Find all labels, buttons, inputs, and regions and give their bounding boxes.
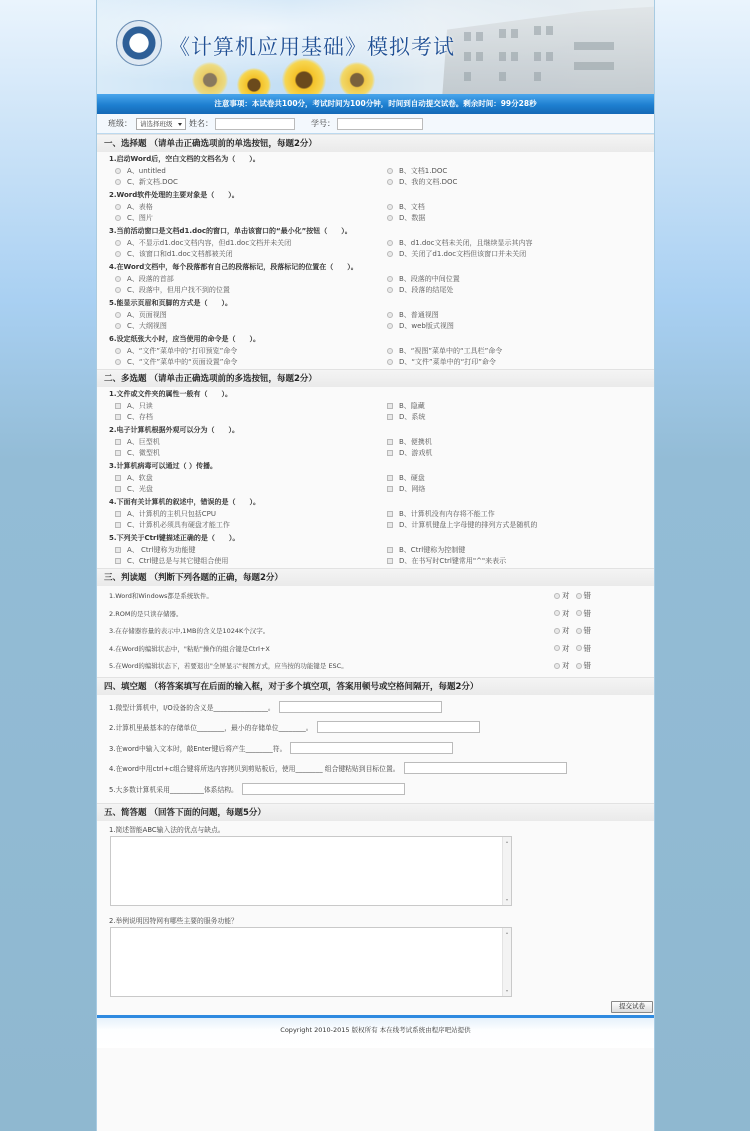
true-label: 对 [562,608,570,619]
student-id-input[interactable] [337,118,423,130]
option-a[interactable]: A、“文件”菜单中的“打印预览”命令 [115,345,387,357]
option-label: C、图片 [127,213,153,223]
radio-button[interactable] [115,251,121,257]
checkbox[interactable] [115,486,121,492]
checkbox[interactable] [387,486,393,492]
true-false-options: 对 错 [554,590,654,601]
true-radio[interactable] [554,628,560,634]
fill-answer-input[interactable] [279,701,442,713]
option-label: D、计算机键盘上字母键的排列方式是随机的 [399,520,537,530]
option-label: C、新文档.DOC [127,177,178,187]
option-label: B、“视图”菜单中的“工具栏”命令 [399,346,502,356]
radio-button[interactable] [387,348,393,354]
option-c[interactable]: C、该窗口和d1.doc文档都被关闭 [115,249,387,261]
option-label: A、段落的首部 [127,274,174,284]
option-label: A、untitled [127,166,166,176]
radio-button[interactable] [115,312,121,318]
scroll-up-icon [506,932,508,934]
fill-blank-row: 1.微型计算机中，I/O设备的含义是________________。 [97,697,654,718]
checkbox[interactable] [387,439,393,445]
true-false-row: 2.ROM的是只读存储器。 对 错 [97,605,654,623]
radio-button[interactable] [115,215,121,221]
checkbox[interactable] [115,439,121,445]
checkbox[interactable] [115,547,121,553]
option-label: D、游戏机 [399,448,432,458]
option-d[interactable]: D、我的文档.DOC [387,177,647,189]
option-c[interactable]: C、新文档.DOC [115,177,387,189]
radio-button[interactable] [115,348,121,354]
fill-blank-list: 1.微型计算机中，I/O设备的含义是________________。 2.计算… [97,695,654,800]
false-label: 错 [584,643,592,654]
option-grid: A、巨型机 B、便携机 C、微型机 D、游戏机 [97,436,654,459]
option-a[interactable]: A、不显示d1.doc文档内容，但d1.doc文档并未关闭 [115,237,387,249]
true-false-row: 5.在Word的编辑状态下，若要退出"全屏显示"视图方式，应当按的功能键是 ES… [97,657,654,675]
submit-row: 提交试卷 [97,997,654,1015]
name-label: 姓名： [189,118,213,129]
radio-button[interactable] [115,287,121,293]
statement-text: 4.在Word的编辑状态中，"粘贴"操作的组合键是Ctrl+X [109,644,554,653]
fill-blank-row: 4.在word中用ctrl+c组合键将所选内容拷贝到剪贴板后，使用_______… [97,758,654,779]
option-label: C、光盘 [127,484,153,494]
radio-button[interactable] [387,240,393,246]
footer: Copyright 2010-2015 版权所有 本在线考试系统由程序吧站提供 [97,1018,654,1048]
true-radio[interactable] [554,593,560,599]
checkbox[interactable] [387,475,393,481]
scrollbar[interactable] [502,837,511,905]
chevron-down-icon [178,123,182,126]
true-radio[interactable] [554,610,560,616]
option-a[interactable]: A、软盘 [115,472,387,484]
false-label: 错 [584,608,592,619]
checkbox[interactable] [115,475,121,481]
fill-question-text: 3.在word中输入文本时，敲Enter键后将产生________符。 [109,743,286,753]
option-label: D、系统 [399,412,425,422]
true-false-options: 对 错 [554,608,654,619]
option-label: B、d1.doc文档未关闭，且继续显示其内容 [399,238,533,248]
essay-answer-textarea[interactable] [110,927,512,997]
option-label: A、“文件”菜单中的“打印预览”命令 [127,346,237,356]
true-false-row: 4.在Word的编辑状态中，"粘贴"操作的组合键是Ctrl+X 对 错 [97,640,654,658]
option-c[interactable]: C、大纲视图 [115,321,387,333]
option-a[interactable]: A、untitled [115,165,387,177]
false-radio[interactable] [576,628,582,634]
option-d[interactable]: D、计算机键盘上字母键的排列方式是随机的 [387,520,647,532]
fill-blank-row: 3.在word中输入文本时，敲Enter键后将产生________符。 [97,738,654,759]
option-b[interactable]: B、d1.doc文档未关闭，且继续显示其内容 [387,237,647,249]
checkbox[interactable] [387,403,393,409]
checkbox[interactable] [387,511,393,517]
checkbox[interactable] [115,522,121,528]
option-a[interactable]: A、计算机的主机只包括CPU [115,508,387,520]
option-label: D、在书写时Ctrl键常用"^"来表示 [399,556,506,566]
fill-question-text: 4.在word中用ctrl+c组合键将所选内容拷贝到剪贴板后，使用_______… [109,763,400,773]
option-b[interactable]: B、普通视图 [387,309,647,321]
option-label: D、网络 [399,484,425,494]
option-b[interactable]: B、隐藏 [387,400,647,412]
essay-list: 1.简述智能ABC输入法的优点与缺点。 2.举例说明因特网有哪些主要的服务功能？ [97,821,654,997]
option-label: A、计算机的主机只包括CPU [127,509,216,519]
checkbox[interactable] [387,547,393,553]
true-false-options: 对 错 [554,643,654,654]
option-label: D、段落的结尾处 [399,285,453,295]
false-radio[interactable] [576,663,582,669]
option-label: B、段落的中间位置 [399,274,460,284]
checkbox[interactable] [115,450,121,456]
fill-question-text: 1.微型计算机中，I/O设备的含义是________________。 [109,702,275,712]
school-emblem-icon [116,20,162,66]
option-grid: A、只读 B、隐藏 C、存档 D、系统 [97,400,654,423]
false-radio[interactable] [576,593,582,599]
option-label: B、Ctrl键称为控制键 [399,545,465,555]
radio-button[interactable] [387,251,393,257]
option-c[interactable]: C、段落中，但用户找不到的位置 [115,285,387,297]
true-false-options: 对 错 [554,660,654,671]
checkbox[interactable] [115,414,121,420]
option-label: D、“文件”菜单中的“打印”命令 [399,357,496,367]
fill-blank-row: 5.大多数计算机采用__________体系结构。 [97,779,654,800]
fill-blank-row: 2.计算机里最基本的存储单位________，最小的存储单位________。 [97,717,654,738]
radio-button[interactable] [387,179,393,185]
question-title: 6.设定纸张大小时，应当使用的命令是（ ）。 [97,332,654,345]
single-choice-list: 1.启动Word后，空白文档的文档名为（ ）。 A、untitled B、文档1… [97,152,654,369]
question-title: 1.启动Word后，空白文档的文档名为（ ）。 [97,152,654,165]
option-c[interactable]: C、微型机 [115,448,387,460]
class-select[interactable]: 请选择班级 [136,118,186,130]
false-label: 错 [584,660,592,671]
true-label: 对 [562,660,570,671]
radio-button[interactable] [387,276,393,282]
true-radio[interactable] [554,645,560,651]
sunflower-image [192,62,228,94]
option-label: B、普通视图 [399,310,439,320]
option-b[interactable]: B、Ctrl键称为控制键 [387,544,647,556]
true-label: 对 [562,590,570,601]
question-title: 2.电子计算机根据外观可以分为（ ）。 [97,423,654,436]
checkbox[interactable] [387,414,393,420]
question-title: 1.文件或文件夹的属性一般有（ ）。 [97,387,654,400]
question-title: 4.下面有关计算机的叙述中，错误的是（ ）。 [97,495,654,508]
option-a[interactable]: A、巨型机 [115,436,387,448]
name-input[interactable] [215,118,295,130]
option-d[interactable]: D、网络 [387,484,647,496]
checkbox[interactable] [387,558,393,564]
scroll-down-icon [506,899,508,901]
student-id-label: 学号： [311,118,335,129]
radio-button[interactable] [387,204,393,210]
option-grid: A、“文件”菜单中的“打印预览”命令 B、“视图”菜单中的“工具栏”命令 C、“… [97,345,654,368]
page-title: 《计算机应用基础》模拟考试 [169,31,455,61]
section-true-false-title: 三、判读题 （判断下列各题的正确，每题2分） [97,568,654,586]
question-title: 3.当前活动窗口是文档d1.doc的窗口，单击该窗口的“最小化”按钮（ ）。 [97,224,654,237]
radio-button[interactable] [387,312,393,318]
option-label: D、关闭了d1.doc文档但该窗口并未关闭 [399,249,526,259]
option-label: A、表格 [127,202,153,212]
exam-notice-bar: 注意事项：本试卷共100分，考试时间为100分钟，时间到自动提交试卷。剩余时间：… [97,94,654,114]
false-radio[interactable] [576,645,582,651]
option-d[interactable]: D、关闭了d1.doc文档但该窗口并未关闭 [387,249,647,261]
true-false-list: 1.Word和Windows都是系统软件。 对 错 2.ROM的是只读存储器。 … [97,586,654,675]
section-essay-title: 五、简答题 （回答下面的问题，每题5分） [97,803,654,821]
option-grid: A、不显示d1.doc文档内容，但d1.doc文档并未关闭 B、d1.doc文档… [97,237,654,260]
option-d[interactable]: D、在书写时Ctrl键常用"^"来表示 [387,556,647,568]
option-grid: A、 Ctrl键称为功能键 B、Ctrl键称为控制键 C、Ctrl键总是与其它键… [97,544,654,567]
option-label: D、我的文档.DOC [399,177,457,187]
question-title: 5.下列关于Ctrl键描述正确的是（ ）。 [97,531,654,544]
option-label: A、软盘 [127,473,153,483]
scroll-up-icon [506,841,508,843]
option-grid: A、页面视图 B、普通视图 C、大纲视图 D、web版式视图 [97,309,654,332]
option-label: B、隐藏 [399,401,425,411]
student-info-row: 班级： 请选择班级 姓名： 学号： [97,114,654,134]
question-title: 4.在Word文档中，每个段落都有自己的段落标记，段落标记的位置在（ ）。 [97,260,654,273]
fill-answer-input[interactable] [404,762,567,774]
option-label: A、页面视图 [127,310,167,320]
sunflower-image [339,62,375,94]
option-grid: A、段落的首部 B、段落的中间位置 C、段落中，但用户找不到的位置 D、段落的结… [97,273,654,296]
radio-button[interactable] [115,359,121,365]
option-c[interactable]: C、存档 [115,412,387,424]
option-label: A、只读 [127,401,153,411]
statement-text: 1.Word和Windows都是系统软件。 [109,591,554,600]
statement-text: 2.ROM的是只读存储器。 [109,609,554,618]
option-c[interactable]: C、计算机必须具有硬盘才能工作 [115,520,387,532]
option-a[interactable]: A、表格 [115,201,387,213]
false-label: 错 [584,625,592,636]
true-label: 对 [562,625,570,636]
essay-question-text: 1.简述智能ABC输入法的优点与缺点。 [97,823,654,836]
class-select-value: 请选择班级 [140,119,173,128]
option-d[interactable]: D、系统 [387,412,647,424]
essay-answer-textarea[interactable] [110,836,512,906]
option-label: C、该窗口和d1.doc文档都被关闭 [127,249,233,259]
option-label: C、段落中，但用户找不到的位置 [127,285,230,295]
radio-button[interactable] [115,204,121,210]
option-grid: A、untitled B、文档1.DOC C、新文档.DOC D、我的文档.DO… [97,165,654,188]
checkbox[interactable] [115,558,121,564]
fill-question-text: 2.计算机里最基本的存储单位________，最小的存储单位________。 [109,722,313,732]
option-d[interactable]: D、游戏机 [387,448,647,460]
fill-question-text: 5.大多数计算机采用__________体系结构。 [109,784,238,794]
option-label: D、数据 [399,213,425,223]
option-label: B、便携机 [399,437,432,447]
option-grid: A、软盘 B、硬盘 C、光盘 D、网络 [97,472,654,495]
fill-answer-input[interactable] [290,742,453,754]
option-label: A、巨型机 [127,437,160,447]
false-label: 错 [584,590,592,601]
sunflower-image [282,58,326,94]
option-label: B、计算机没有内存将不能工作 [399,509,495,519]
option-b[interactable]: B、计算机没有内存将不能工作 [387,508,647,520]
option-label: B、文档 [399,202,425,212]
option-a[interactable]: A、页面视图 [115,309,387,321]
radio-button[interactable] [387,287,393,293]
option-b[interactable]: B、段落的中间位置 [387,273,647,285]
option-d[interactable]: D、段落的结尾处 [387,285,647,297]
statement-text: 3.在存储器容量的表示中,1MB的含义是1024K个汉字。 [109,626,554,635]
multi-choice-list: 1.文件或文件夹的属性一般有（ ）。 A、只读 B、隐藏 C、存档 D、系统 2… [97,387,654,568]
section-fill-blank-title: 四、填空题 （将答案填写在后面的输入框，对于多个填空项，答案用顿号或空格间隔开，… [97,677,654,695]
option-label: D、web版式视图 [399,321,454,331]
radio-button[interactable] [387,215,393,221]
checkbox[interactable] [115,511,121,517]
statement-text: 5.在Word的编辑状态下，若要退出"全屏显示"视图方式，应当按的功能键是 ES… [109,661,554,670]
true-label: 对 [562,643,570,654]
option-c[interactable]: C、“文件”菜单中的“页面设置”命令 [115,357,387,369]
scrollbar[interactable] [502,928,511,996]
class-label: 班级： [108,118,132,129]
option-d[interactable]: D、web版式视图 [387,321,647,333]
submit-exam-button[interactable]: 提交试卷 [611,1001,653,1013]
exam-page: 《计算机应用基础》模拟考试 注意事项：本试卷共100分，考试时间为100分钟，时… [96,0,655,1131]
section-single-choice-title: 一、选择题 （请单击正确选项前的单选按钮，每题2分） [97,134,654,152]
option-a[interactable]: A、段落的首部 [115,273,387,285]
radio-button[interactable] [387,359,393,365]
option-label: A、 Ctrl键称为功能键 [127,545,195,555]
fill-answer-input[interactable] [317,721,480,733]
option-d[interactable]: D、数据 [387,213,647,225]
scroll-down-icon [506,990,508,992]
option-label: C、存档 [127,412,153,422]
sunflower-image [237,68,271,94]
checkbox[interactable] [387,522,393,528]
option-label: C、Ctrl键总是与其它键组合使用 [127,556,228,566]
fill-answer-input[interactable] [242,783,405,795]
essay-question-text: 2.举例说明因特网有哪些主要的服务功能？ [97,914,654,927]
option-c[interactable]: C、图片 [115,213,387,225]
option-label: C、大纲视图 [127,321,167,331]
option-b[interactable]: B、文档 [387,201,647,213]
option-label: A、不显示d1.doc文档内容，但d1.doc文档并未关闭 [127,238,291,248]
option-label: B、文档1.DOC [399,166,447,176]
true-radio[interactable] [554,663,560,669]
option-a[interactable]: A、只读 [115,400,387,412]
option-label: C、“文件”菜单中的“页面设置”命令 [127,357,237,367]
true-false-options: 对 错 [554,625,654,636]
radio-button[interactable] [115,323,121,329]
radio-button[interactable] [387,168,393,174]
radio-button[interactable] [115,240,121,246]
question-title: 5.能显示页眉和页脚的方式是（ ）。 [97,296,654,309]
option-grid: A、表格 B、文档 C、图片 D、数据 [97,201,654,224]
option-b[interactable]: B、硬盘 [387,472,647,484]
option-label: C、计算机必须具有硬盘才能工作 [127,520,230,530]
option-label: C、微型机 [127,448,160,458]
option-c[interactable]: C、光盘 [115,484,387,496]
radio-button[interactable] [115,179,121,185]
banner: 《计算机应用基础》模拟考试 [97,0,654,94]
option-b[interactable]: B、“视图”菜单中的“工具栏”命令 [387,345,647,357]
option-b[interactable]: B、文档1.DOC [387,165,647,177]
checkbox[interactable] [115,403,121,409]
section-multi-choice-title: 二、多选题 （请单击正确选项前的多选按钮，每题2分） [97,369,654,387]
option-d[interactable]: D、“文件”菜单中的“打印”命令 [387,357,647,369]
radio-button[interactable] [115,276,121,282]
checkbox[interactable] [387,450,393,456]
true-false-row: 1.Word和Windows都是系统软件。 对 错 [97,587,654,605]
option-label: B、硬盘 [399,473,425,483]
question-title: 2.Word软件处理的主要对象是（ ）。 [97,188,654,201]
option-b[interactable]: B、便携机 [387,436,647,448]
option-grid: A、计算机的主机只包括CPU B、计算机没有内存将不能工作 C、计算机必须具有硬… [97,508,654,531]
copyright-text: Copyright 2010-2015 版权所有 本在线考试系统由程序吧站提供 [280,1026,470,1034]
false-radio[interactable] [576,610,582,616]
option-c[interactable]: C、Ctrl键总是与其它键组合使用 [115,556,387,568]
radio-button[interactable] [387,323,393,329]
radio-button[interactable] [115,168,121,174]
question-title: 3.计算机病毒可以通过（ ）传播。 [97,459,654,472]
option-a[interactable]: A、 Ctrl键称为功能键 [115,544,387,556]
true-false-row: 3.在存储器容量的表示中,1MB的含义是1024K个汉字。 对 错 [97,622,654,640]
